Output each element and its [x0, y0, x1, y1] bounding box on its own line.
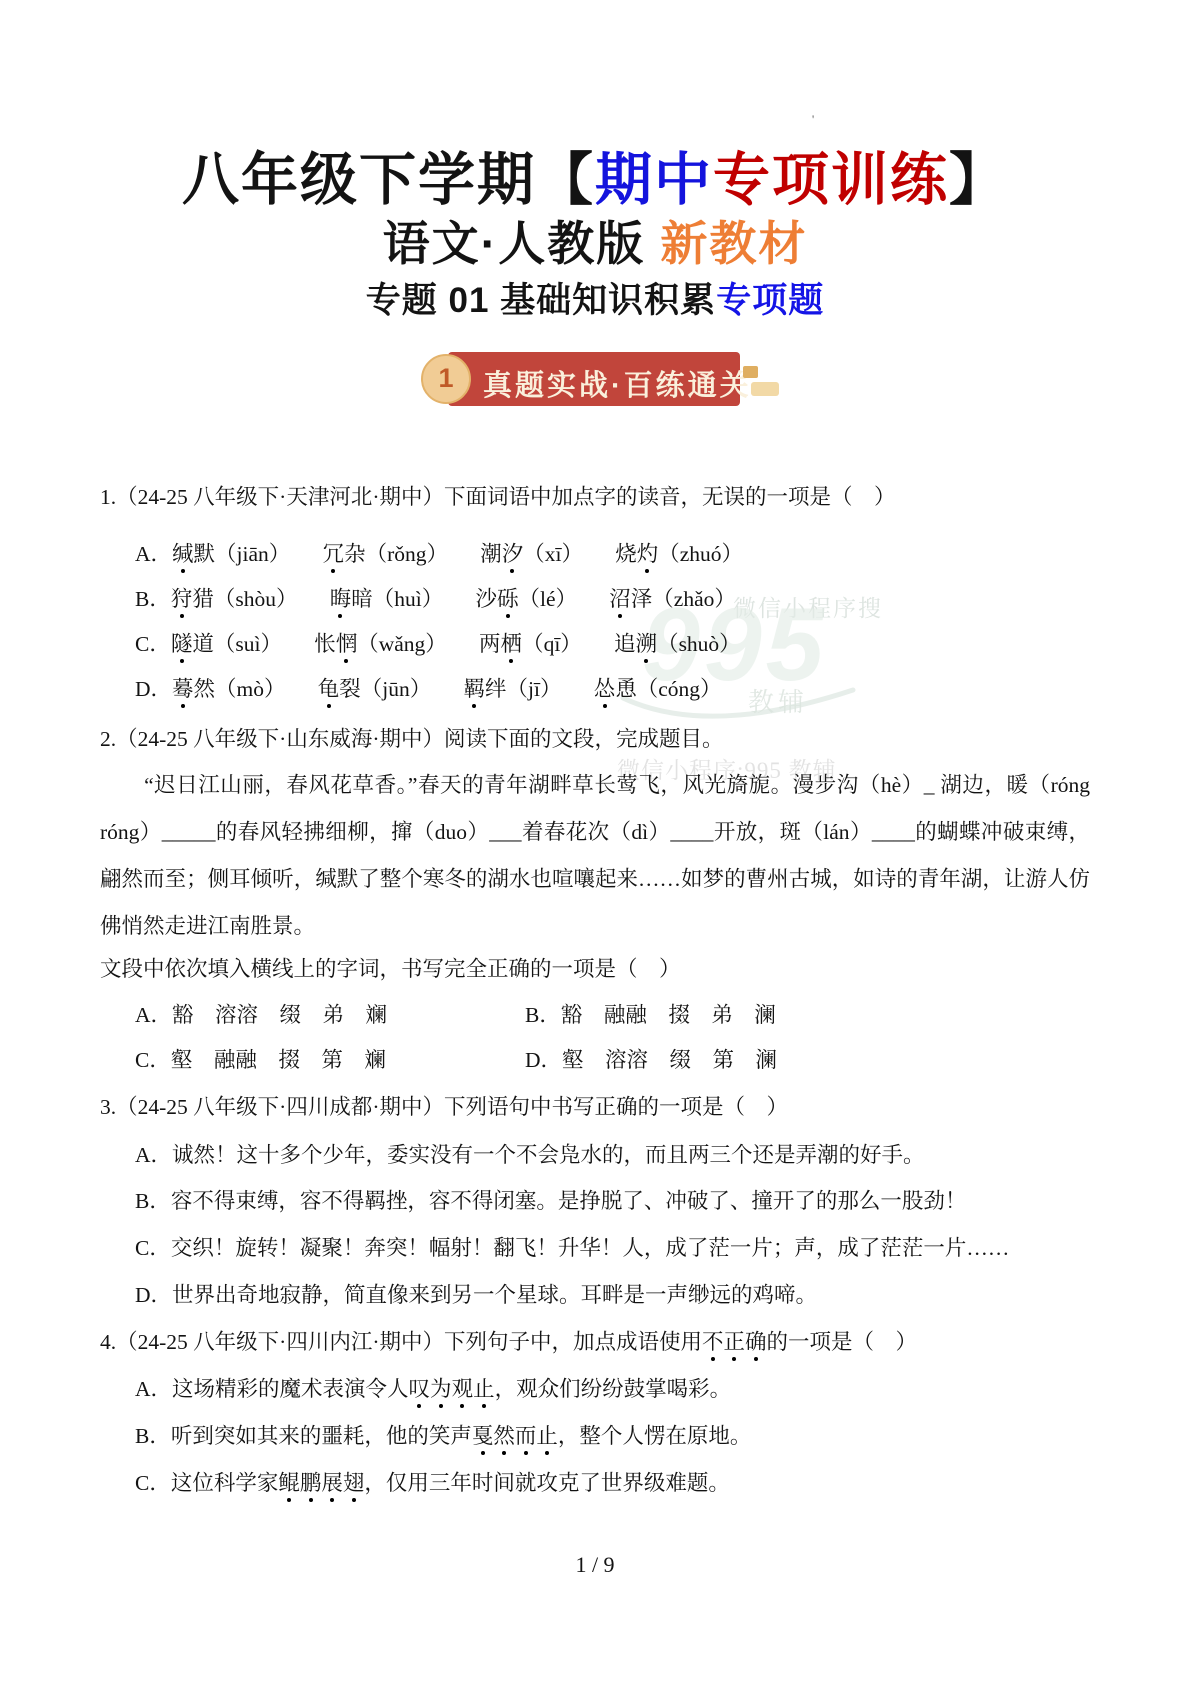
topic-title: 专题 01 基础知识积累专项题 [0, 273, 1190, 323]
question-2-option-b: B．豁 融融 掇 弟 澜 [525, 998, 776, 1029]
question-2-passage-line-4: 佛悄然走进江南胜景。 [100, 909, 315, 940]
question-2-header: 2.（24-25 八年级下·山东威海·期中）阅读下面的文段，完成题目。 [100, 722, 723, 753]
page-subtitle: 语文·人教版 新教材 [0, 207, 1190, 274]
title-black-open: 八年级下学期【 [182, 148, 595, 212]
topic-blue-part: 专项题 [716, 281, 824, 320]
question-4-option-a: A．这场精彩的魔术表演令人叹为观止，观众们纷纷鼓掌喝彩。 [135, 1372, 731, 1403]
banner-deco-square-large [751, 382, 779, 396]
question-2-passage-line-3: 翩然而至；侧耳倾听，缄默了整个寒冬的湖水也喧嚷起来……如梦的曹州古城，如诗的青年… [100, 862, 1090, 893]
title-blue-part: 期中 [595, 148, 713, 212]
question-4-header: 4.（24-25 八年级下·四川内江·期中）下列句子中，加点成语使用不正确的一项… [100, 1325, 917, 1356]
question-1-option-a: A．缄默（jiān） 冗杂（rǒng） 潮汐（xī） 烧灼（zhuó） [135, 537, 743, 568]
question-3-header: 3.（24-25 八年级下·四川成都·期中）下列语句中书写正确的一项是（ ） [100, 1090, 788, 1121]
banner-deco-square-small [743, 366, 758, 378]
question-3-option-d: D．世界出奇地寂静，简直像来到另一个星球。耳畔是一声缈远的鸡啼。 [135, 1278, 817, 1309]
section-number: 1 [421, 363, 471, 394]
watermark-text-top: 微信小程序搜 [733, 590, 883, 623]
stray-mark: ' [812, 112, 814, 127]
section-banner-label: 真题实战·百练通关 [483, 363, 752, 404]
question-2-passage-line-1: “迟日江山丽，春风花草香。”春天的青年湖畔草长莺飞，风光旖旎。漫步沟（hè）_ … [100, 768, 1090, 799]
watermark-sub-text: 教辅 [748, 682, 808, 719]
question-2-prompt: 文段中依次填入横线上的字词，书写完全正确的一项是（ ） [100, 952, 681, 983]
question-3-option-c: C．交织！旋转！凝聚！奔突！幅射！翻飞！升华！人，成了茫一片；声，成了茫茫一片…… [135, 1231, 1009, 1262]
question-1-option-d: D．蓦然（mò） 龟裂（jūn） 羁绊（jī） 怂恿（cóng） [135, 672, 722, 703]
question-4-option-c: C．这位科学家鲲鹏展翅，仅用三年时间就攻克了世界级难题。 [135, 1466, 730, 1497]
question-1-header: 1.（24-25 八年级下·天津河北·期中）下面词语中加点字的读音，无误的一项是… [100, 480, 895, 511]
subtitle-orange-part: 新教材 [645, 217, 807, 270]
question-2-option-d: D．壑 溶溶 缀 第 澜 [525, 1043, 777, 1074]
subtitle-black-part: 语文·人教版 [383, 217, 646, 270]
question-2-option-c: C．壑 融融 掇 第 斓 [135, 1043, 386, 1074]
page-title: 八年级下学期【期中专项训练】 [0, 134, 1190, 216]
question-3-option-a: A．诚然！这十多个少年，委实没有一个不会凫水的，而且两三个还是弄潮的好手。 [135, 1138, 925, 1169]
question-2-passage-line-2: róng）_____的春风轻拂细柳，撺（duo）___着春花次（dì）____开… [100, 815, 1090, 846]
question-4-option-b: B．听到突如其来的噩耗，他的笑声戛然而止，整个人愣在原地。 [135, 1419, 751, 1450]
question-2-option-a: A．豁 溶溶 缀 弟 斓 [135, 998, 387, 1029]
question-3-option-b: B．容不得束缚，容不得羁挫，容不得闭塞。是挣脱了、冲破了、撞开了的那么一股劲！ [135, 1184, 966, 1215]
question-1-option-b: B．狩猎（shòu） 晦暗（huì） 沙砾（lé） 沼泽（zhǎo） [135, 582, 736, 613]
exam-page: ' 八年级下学期【期中专项训练】 语文·人教版 新教材 专题 01 基础知识积累… [0, 0, 1190, 1683]
question-1-option-c: C．隧道（suì） 怅惘（wǎng） 两栖（qī） 追溯（shuò） [135, 627, 741, 658]
page-number: 1 / 9 [0, 1552, 1190, 1578]
title-black-close: 】 [949, 148, 1008, 212]
title-red-part: 专项训练 [713, 148, 949, 212]
topic-black-part: 专题 01 基础知识积累 [366, 281, 716, 320]
